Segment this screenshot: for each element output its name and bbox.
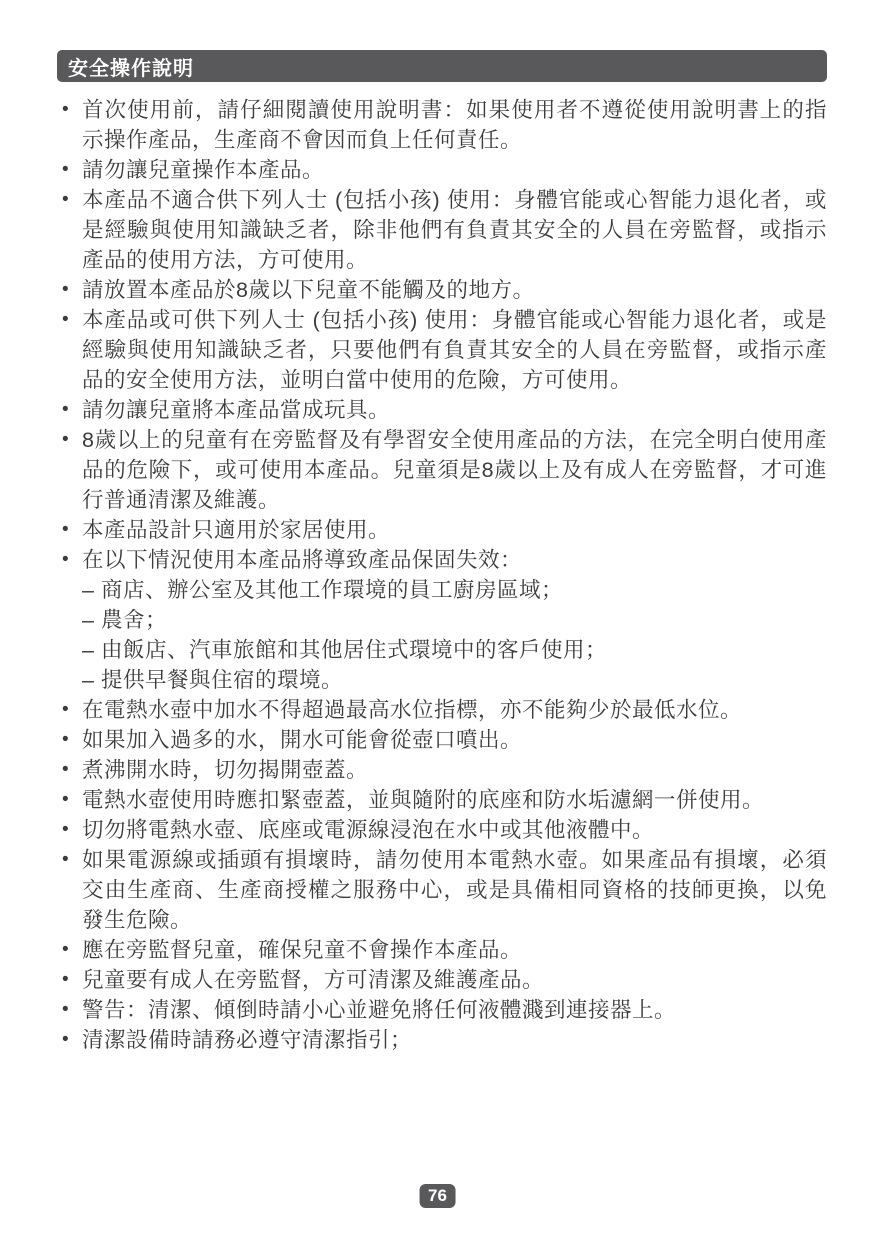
bullet-icon: • <box>62 935 69 965</box>
sub-instruction-text: 提供早餐與住宿的環境。 <box>101 668 343 692</box>
list-item: •煮沸開水時，切勿揭開壺蓋。 <box>57 755 827 785</box>
bullet-icon: • <box>62 545 69 575</box>
page-number-badge: 76 <box>419 1184 456 1208</box>
list-item: •本產品或可供下列人士 (包括小孩) 使用：身體官能或心智能力退化者，或是經驗與… <box>57 305 827 395</box>
list-item: •兒童要有成人在旁監督，方可清潔及維護產品。 <box>57 965 827 995</box>
bullet-icon: • <box>62 965 69 995</box>
bullet-icon: • <box>62 995 69 1025</box>
instruction-text: 煮沸開水時，切勿揭開壺蓋。 <box>82 758 368 782</box>
instruction-text: 8歲以上的兒童有在旁監督及有學習安全使用產品的方法，在完全明白使用產品的危險下，… <box>82 428 827 512</box>
sub-list-item: –由飯店、汽車旅館和其他居住式環境中的客戶使用； <box>82 635 827 665</box>
section-header-bar: 安全操作說明 <box>57 50 827 82</box>
dash-icon: – <box>82 635 94 665</box>
instruction-text: 警告：清潔、傾倒時請小心並避免將任何液體濺到連接器上。 <box>82 998 676 1022</box>
sub-list: –商店、辦公室及其他工作環境的員工廚房區域；–農舍；–由飯店、汽車旅館和其他居住… <box>82 575 827 695</box>
list-item: •請放置本產品於8歲以下兒童不能觸及的地方。 <box>57 275 827 305</box>
list-item: •請勿讓兒童操作本產品。 <box>57 155 827 185</box>
list-item: •應在旁監督兒童，確保兒童不會操作本產品。 <box>57 935 827 965</box>
list-item: •切勿將電熱水壺、底座或電源線浸泡在水中或其他液體中。 <box>57 815 827 845</box>
sub-instruction-text: 農舍； <box>101 608 167 632</box>
dash-icon: – <box>82 575 94 605</box>
list-item: •如果加入過多的水，開水可能會從壺口噴出。 <box>57 725 827 755</box>
bullet-icon: • <box>62 185 69 215</box>
safety-instructions-list: •首次使用前，請仔細閱讀使用說明書：如果使用者不遵從使用說明書上的指示操作產品，… <box>57 95 827 1055</box>
list-item: •電熱水壺使用時應扣緊壺蓋，並與隨附的底座和防水垢濾網一併使用。 <box>57 785 827 815</box>
dash-icon: – <box>82 605 94 635</box>
instruction-text: 首次使用前，請仔細閱讀使用說明書：如果使用者不遵從使用說明書上的指示操作產品，生… <box>82 98 827 152</box>
instruction-text: 如果電源線或插頭有損壞時，請勿使用本電熱水壺。如果產品有損壞，必須交由生產商、生… <box>82 848 827 932</box>
instruction-text: 切勿將電熱水壺、底座或電源線浸泡在水中或其他液體中。 <box>82 818 654 842</box>
bullet-icon: • <box>62 695 69 725</box>
list-item: •清潔設備時請務必遵守清潔指引； <box>57 1025 827 1055</box>
sub-instruction-text: 商店、辦公室及其他工作環境的員工廚房區域； <box>101 578 563 602</box>
sub-instruction-text: 由飯店、汽車旅館和其他居住式環境中的客戶使用； <box>101 638 607 662</box>
list-item: •在以下情況使用本產品將導致產品保固失效：–商店、辦公室及其他工作環境的員工廚房… <box>57 545 827 695</box>
list-item: •請勿讓兒童將本產品當成玩具。 <box>57 395 827 425</box>
instruction-text: 在以下情況使用本產品將導致產品保固失效： <box>82 548 522 572</box>
list-item: •本產品設計只適用於家居使用。 <box>57 515 827 545</box>
list-item: •8歲以上的兒童有在旁監督及有學習安全使用產品的方法，在完全明白使用產品的危險下… <box>57 425 827 515</box>
instruction-text: 請勿讓兒童將本產品當成玩具。 <box>82 398 390 422</box>
sub-list-item: –商店、辦公室及其他工作環境的員工廚房區域； <box>82 575 827 605</box>
sub-list-item: –提供早餐與住宿的環境。 <box>82 665 827 695</box>
bullet-icon: • <box>62 1025 69 1055</box>
bullet-icon: • <box>62 755 69 785</box>
instruction-text: 本產品設計只適用於家居使用。 <box>82 518 390 542</box>
list-item: •首次使用前，請仔細閱讀使用說明書：如果使用者不遵從使用說明書上的指示操作產品，… <box>57 95 827 155</box>
instruction-text: 應在旁監督兒童，確保兒童不會操作本產品。 <box>82 938 522 962</box>
section-title: 安全操作說明 <box>68 52 194 81</box>
instruction-text: 本產品不適合供下列人士 (包括小孩) 使用：身體官能或心智能力退化者，或是經驗與… <box>82 188 827 272</box>
bullet-icon: • <box>62 425 69 455</box>
bullet-icon: • <box>62 275 69 305</box>
page-number: 76 <box>428 1186 447 1205</box>
list-item: •警告：清潔、傾倒時請小心並避免將任何液體濺到連接器上。 <box>57 995 827 1025</box>
instruction-text: 在電熱水壺中加水不得超過最高水位指標，亦不能夠少於最低水位。 <box>82 698 742 722</box>
instruction-text: 兒童要有成人在旁監督，方可清潔及維護產品。 <box>82 968 544 992</box>
dash-icon: – <box>82 665 94 695</box>
instruction-text: 如果加入過多的水，開水可能會從壺口噴出。 <box>82 728 522 752</box>
instruction-text: 請放置本產品於8歲以下兒童不能觸及的地方。 <box>82 278 534 302</box>
bullet-icon: • <box>62 395 69 425</box>
list-item: •本產品不適合供下列人士 (包括小孩) 使用：身體官能或心智能力退化者，或是經驗… <box>57 185 827 275</box>
bullet-icon: • <box>62 305 69 335</box>
instruction-text: 清潔設備時請務必遵守清潔指引； <box>82 1028 412 1052</box>
list-item: •在電熱水壺中加水不得超過最高水位指標，亦不能夠少於最低水位。 <box>57 695 827 725</box>
bullet-icon: • <box>62 845 69 875</box>
instruction-text: 本產品或可供下列人士 (包括小孩) 使用：身體官能或心智能力退化者，或是經驗與使… <box>82 308 827 392</box>
instruction-text: 請勿讓兒童操作本產品。 <box>82 158 324 182</box>
instruction-text: 電熱水壺使用時應扣緊壺蓋，並與隨附的底座和防水垢濾網一併使用。 <box>82 788 764 812</box>
bullet-icon: • <box>62 725 69 755</box>
bullet-icon: • <box>62 155 69 185</box>
bullet-icon: • <box>62 95 69 125</box>
bullet-icon: • <box>62 515 69 545</box>
bullet-icon: • <box>62 815 69 845</box>
sub-list-item: –農舍； <box>82 605 827 635</box>
list-item: •如果電源線或插頭有損壞時，請勿使用本電熱水壺。如果產品有損壞，必須交由生產商、… <box>57 845 827 935</box>
bullet-icon: • <box>62 785 69 815</box>
